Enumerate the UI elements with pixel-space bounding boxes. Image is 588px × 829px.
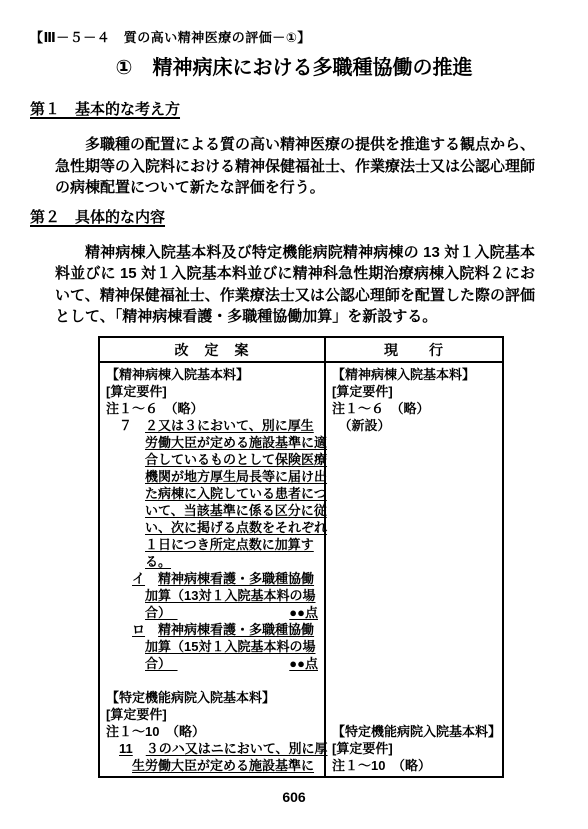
table-line: 合） ●●点 [106, 604, 318, 621]
table-header-row: 改 定 案 現 行 [100, 338, 502, 363]
table-line: 加算（13対１入院基本料の場 [106, 587, 318, 604]
table-line: 合） ●●点 [106, 655, 318, 672]
table-line: 注１～６ （略） [106, 400, 318, 417]
table-line: [算定要件] [332, 383, 496, 400]
table-line [332, 536, 496, 553]
table-line: [算定要件] [106, 706, 318, 723]
table-line [332, 604, 496, 621]
table-line: 【精神病棟入院基本料】 [332, 366, 496, 383]
table-line: 加算（15対１入院基本料の場 [106, 638, 318, 655]
doc-header: 【Ⅲ－５－４ 質の高い精神医療の評価－①】 [30, 30, 588, 45]
table-line [332, 434, 496, 451]
points-value: ●●点 [289, 655, 318, 672]
table-line: 【精神病棟入院基本料】 [106, 366, 318, 383]
revised-column: 【精神病棟入院基本料】[算定要件]注１～６ （略） ７ ２又は３において、別に厚… [100, 363, 326, 776]
table-line: 注１～10 （略） [332, 757, 496, 774]
table-line: い、次に掲げる点数をそれぞれ [106, 519, 318, 536]
table-line [106, 672, 318, 689]
page-number: 606 [0, 789, 588, 805]
document-page: { "page": { "header": "【Ⅲ－５－４ 質の高い精神医療の評… [0, 0, 588, 829]
table-body: 【精神病棟入院基本料】[算定要件]注１～６ （略） ７ ２又は３において、別に厚… [100, 363, 502, 776]
table-line: た病棟に入院している患者につ [106, 485, 318, 502]
table-line [332, 570, 496, 587]
table-line: 注１～６ （略） [332, 400, 496, 417]
table-line: （新設） [332, 417, 496, 434]
table-line: 機関が地方厚生局長等に届け出 [106, 468, 318, 485]
table-line [332, 451, 496, 468]
table-line: 【特定機能病院入院基本料】 [106, 689, 318, 706]
revised-column-header: 改 定 案 [100, 338, 326, 361]
current-column-header: 現 行 [326, 338, 502, 361]
table-line [332, 485, 496, 502]
table-line: 【特定機能病院入院基本料】 [332, 723, 496, 740]
table-line [332, 672, 496, 689]
table-line: ロ 精神病棟看護・多職種協働 [106, 621, 318, 638]
points-value: ●●点 [289, 604, 318, 621]
doc-title: ① 精神病床における多職種協働の推進 [0, 55, 588, 81]
table-line: ７ ２又は３において、別に厚生 [106, 417, 318, 434]
section-1-heading: 第１ 基本的な考え方 [30, 101, 588, 118]
table-line [332, 638, 496, 655]
table-line [332, 502, 496, 519]
table-line [332, 519, 496, 536]
table-line [332, 587, 496, 604]
table-line: １日につき所定点数に加算す [106, 536, 318, 553]
table-line: 労働大臣が定める施設基準に適 [106, 434, 318, 451]
section-2-paragraph: 精神病棟入院基本料及び特定機能病院精神病棟の 13 対１入院基本料並びに 15 … [55, 242, 535, 328]
table-line: 生労働大臣が定める施設基準に [106, 757, 318, 774]
table-line [332, 553, 496, 570]
table-line [332, 655, 496, 672]
table-line: る。 [106, 553, 318, 570]
revision-comparison-table: 改 定 案 現 行 【精神病棟入院基本料】[算定要件]注１～６ （略） ７ ２又… [98, 336, 504, 778]
table-line: 注１～10 （略） [106, 723, 318, 740]
current-column: 【精神病棟入院基本料】[算定要件]注１～６ （略） （新設）【特定機能病院入院基… [326, 363, 502, 776]
table-line: いて、当該基準に係る区分に従 [106, 502, 318, 519]
table-line [332, 468, 496, 485]
section-2-heading: 第２ 具体的な内容 [30, 209, 588, 226]
table-line [332, 689, 496, 706]
table-line [332, 706, 496, 723]
section-1-paragraph: 多職種の配置による質の高い精神医療の提供を推進する観点から、急性期等の入院料にお… [55, 134, 535, 199]
table-line: 11 ３のハ又はニにおいて、別に厚 [106, 740, 318, 757]
table-line: 合しているものとして保険医療 [106, 451, 318, 468]
table-line: [算定要件] [332, 740, 496, 757]
table-line: イ 精神病棟看護・多職種協働 [106, 570, 318, 587]
table-line [332, 621, 496, 638]
table-line: [算定要件] [106, 383, 318, 400]
